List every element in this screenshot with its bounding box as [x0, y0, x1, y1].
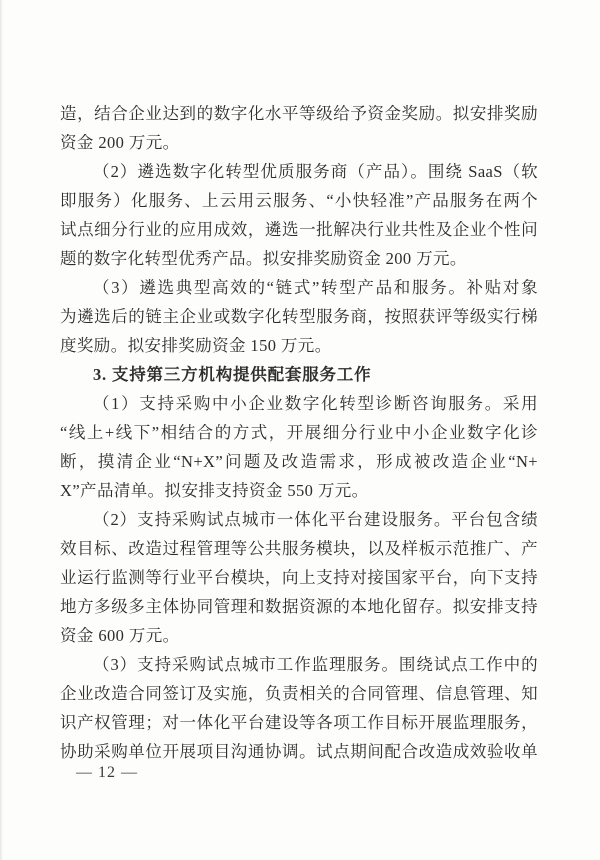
- scan-edge-artifact: [0, 0, 3, 860]
- body-line: （3）支持采购试点城市工作监理服务。围绕试点工作中的: [60, 650, 538, 679]
- section-heading: 3. 支持第三方机构提供配套服务工作: [60, 360, 538, 389]
- body-line: 资金 200 万元。: [60, 128, 538, 157]
- text-block: 造，结合企业达到的数字化水平等级给予资金奖励。拟安排奖励 资金 200 万元。 …: [60, 99, 538, 766]
- body-line: 资金 600 万元。: [60, 621, 538, 650]
- body-line: 断，摸清企业“N+X”问题及改造需求，形成被改造企业“N+: [60, 447, 538, 476]
- body-line: 识产权管理；对一体化平台建设等各项工作目标开展监理服务，: [60, 708, 538, 737]
- body-line: X”产品清单。拟安排支持资金 550 万元。: [60, 476, 538, 505]
- body-line: 试点细分行业的应用成效，遴选一批解决行业共性及企业个性问: [60, 215, 538, 244]
- body-line: （2）支持采购试点城市一体化平台建设服务。平台包含绩: [60, 505, 538, 534]
- body-line: 效目标、改造过程管理等公共服务模块，以及样板示范推广、产: [60, 534, 538, 563]
- body-line: 地方多级多主体协同管理和数据资源的本地化留存。拟安排支持: [60, 592, 538, 621]
- body-line: “线上+线下”相结合的方式，开展细分行业中小企业数字化诊: [60, 418, 538, 447]
- body-line: 为遴选后的链主企业或数字化转型服务商，按照获评等级实行梯: [60, 302, 538, 331]
- body-line: （1）支持采购中小企业数字化转型诊断咨询服务。采用: [60, 389, 538, 418]
- body-line: 造，结合企业达到的数字化水平等级给予资金奖励。拟安排奖励: [60, 99, 538, 128]
- body-line: 企业改造合同签订及实施，负责相关的合同管理、信息管理、知: [60, 679, 538, 708]
- document-page: 造，结合企业达到的数字化水平等级给予资金奖励。拟安排奖励 资金 200 万元。 …: [0, 0, 600, 860]
- body-line: 度奖励。拟安排奖励资金 150 万元。: [60, 331, 538, 360]
- body-line: 即服务）化服务、上云用云服务、“小快轻准”产品服务在两个: [60, 186, 538, 215]
- body-line: 题的数字化转型优秀产品。拟安排奖励资金 200 万元。: [60, 244, 538, 273]
- body-line: （3）遴选典型高效的“链式”转型产品和服务。补贴对象: [60, 273, 538, 302]
- page-number: — 12 —: [76, 761, 138, 785]
- body-line: 业运行监测等行业平台模块，向上支持对接国家平台，向下支持: [60, 563, 538, 592]
- body-line: （2）遴选数字化转型优质服务商（产品）。围绕 SaaS（软件: [60, 157, 538, 186]
